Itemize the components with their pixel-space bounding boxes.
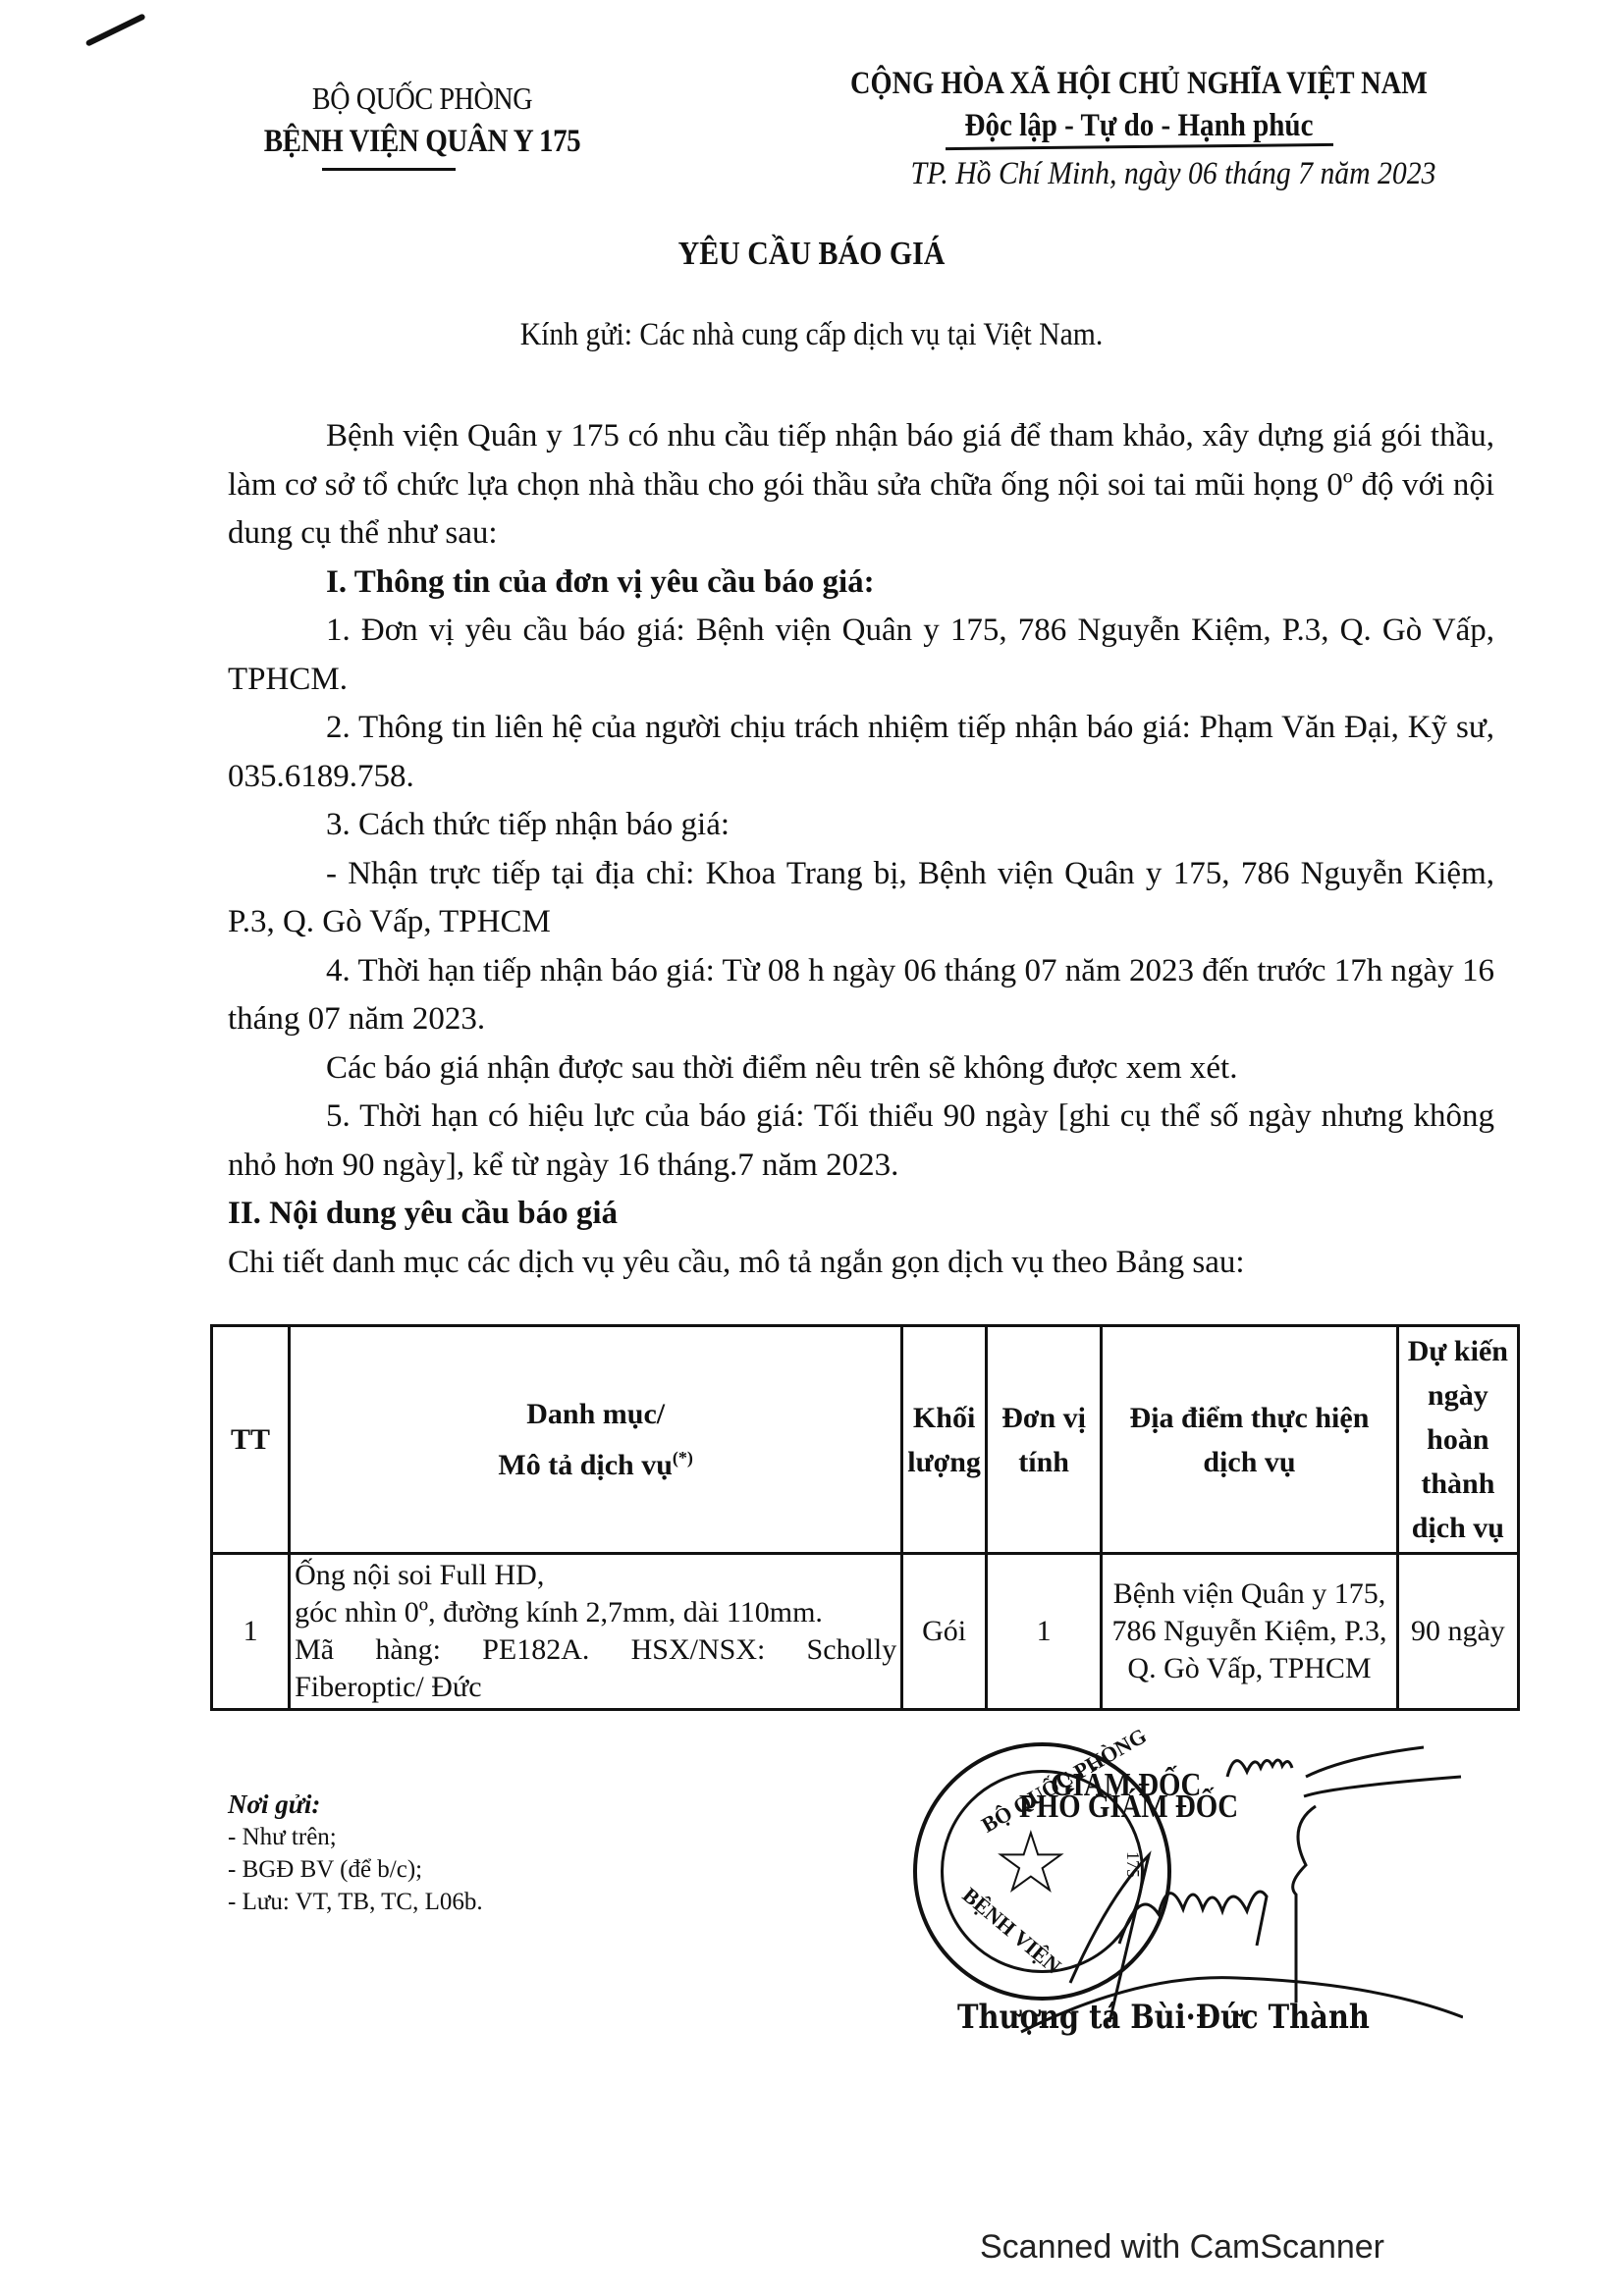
section-1-item-4-note: Các báo giá nhận được sau thời điểm nêu …: [228, 1044, 1494, 1094]
cell-description-line3: Mã hàng: PE182A. HSX/NSX: Scholly Fibero…: [295, 1631, 896, 1706]
scanner-watermark: Scanned with CamScanner: [980, 2228, 1384, 2267]
nation-name: CỘNG HÒA XÃ HỘI CHỦ NGHĨA VIỆT NAM: [801, 61, 1477, 106]
section-2-heading: II. Nội dung yêu cầu báo giá: [228, 1190, 1494, 1239]
intro-paragraph: Bệnh viện Quân y 175 có nhu cầu tiếp nhậ…: [228, 412, 1494, 559]
recipient-item: - Lưu: VT, TB, TC, L06b.: [228, 1886, 483, 1918]
col-header-unit: Đơn vị tính: [987, 1326, 1102, 1554]
cell-completion: 90 ngày: [1397, 1554, 1518, 1710]
section-1-item-4: 4. Thời hạn tiếp nhận báo giá: Từ 08 h n…: [228, 947, 1494, 1044]
col-header-description: Danh mục/ Mô tả dịch vụ(*): [290, 1326, 902, 1554]
document-title: YÊU CẦU BÁO GIÁ: [97, 236, 1526, 273]
national-motto: Độc lập - Tự do - Hạnh phúc: [793, 106, 1485, 145]
col-header-completion: Dự kiến ngày hoàn thành dịch vụ: [1397, 1326, 1518, 1554]
section-1-item-1: 1. Đơn vị yêu cầu báo giá: Bệnh viện Quâ…: [228, 607, 1494, 704]
col-header-description-line2-wrap: Mô tả dịch vụ(*): [295, 1436, 896, 1487]
section-1-heading: I. Thông tin của đơn vị yêu cầu báo giá:: [228, 559, 1494, 608]
recipient-item: - BGĐ BV (để b/c);: [228, 1853, 483, 1886]
cell-quantity: Gói: [902, 1554, 987, 1710]
cell-unit: 1: [987, 1554, 1102, 1710]
org-underline: [322, 168, 456, 171]
table-header-row: TT Danh mục/ Mô tả dịch vụ(*) Khối lượng…: [212, 1326, 1519, 1554]
table-row: 1 Ống nội soi Full HD, góc nhìn 0º, đườn…: [212, 1554, 1519, 1710]
cell-description-line2: góc nhìn 0º, đường kính 2,7mm, dài 110mm…: [295, 1594, 896, 1631]
section-1-item-5: 5. Thời hạn có hiệu lực của báo giá: Tối…: [228, 1093, 1494, 1190]
recipient-item: - Như trên;: [228, 1821, 483, 1853]
col-header-description-line1: Danh mục/: [295, 1392, 896, 1436]
signer-name: Thượng tá Bùi·Đức Thành: [957, 1998, 1370, 2037]
col-header-description-line2: Mô tả dịch vụ: [498, 1449, 673, 1481]
document-body: Bệnh viện Quân y 175 có nhu cầu tiếp nhậ…: [228, 412, 1494, 1287]
issuing-agency: BỘ QUỐC PHÒNG BỆNH VIỆN QUÂN Y 175: [196, 77, 648, 163]
section-1-item-3: 3. Cách thức tiếp nhận báo giá:: [228, 801, 1494, 850]
services-table: TT Danh mục/ Mô tả dịch vụ(*) Khối lượng…: [210, 1324, 1520, 1711]
recipient-line: Kính gửi: Các nhà cung cấp dịch vụ tại V…: [81, 317, 1542, 353]
recipients-heading: Nơi gửi:: [228, 1789, 483, 1821]
col-header-quantity: Khối lượng: [902, 1326, 987, 1554]
col-header-tt: TT: [212, 1326, 290, 1554]
col-header-location: Địa điểm thực hiện dịch vụ: [1102, 1326, 1398, 1554]
org-parent: BỘ QUỐC PHÒNG: [224, 77, 622, 120]
section-2-lead: Chi tiết danh mục các dịch vụ yêu cầu, m…: [228, 1239, 1494, 1288]
national-header: CỘNG HÒA XÃ HỘI CHỦ NGHĨA VIỆT NAM Độc l…: [746, 61, 1532, 199]
cell-location: Bệnh viện Quân y 175, 786 Nguyễn Kiệm, P…: [1102, 1554, 1398, 1710]
place-date: TP. Hồ Chí Minh, ngày 06 tháng 7 năm 202…: [851, 148, 1496, 199]
cell-tt: 1: [212, 1554, 290, 1710]
pen-stroke-mark: [85, 13, 146, 46]
recipients-block: Nơi gửi: - Như trên; - BGĐ BV (để b/c); …: [228, 1789, 483, 1918]
cell-description: Ống nội soi Full HD, góc nhìn 0º, đường …: [290, 1554, 902, 1710]
col-header-description-footnote: (*): [673, 1448, 693, 1468]
section-1-item-3-detail: - Nhận trực tiếp tại địa chỉ: Khoa Trang…: [228, 850, 1494, 947]
section-1-item-2: 2. Thông tin liên hệ của người chịu trác…: [228, 704, 1494, 801]
org-name: BỆNH VIỆN QUÂN Y 175: [224, 120, 622, 163]
cell-description-line1: Ống nội soi Full HD,: [295, 1557, 896, 1594]
handwritten-signature: [1001, 1737, 1463, 2042]
